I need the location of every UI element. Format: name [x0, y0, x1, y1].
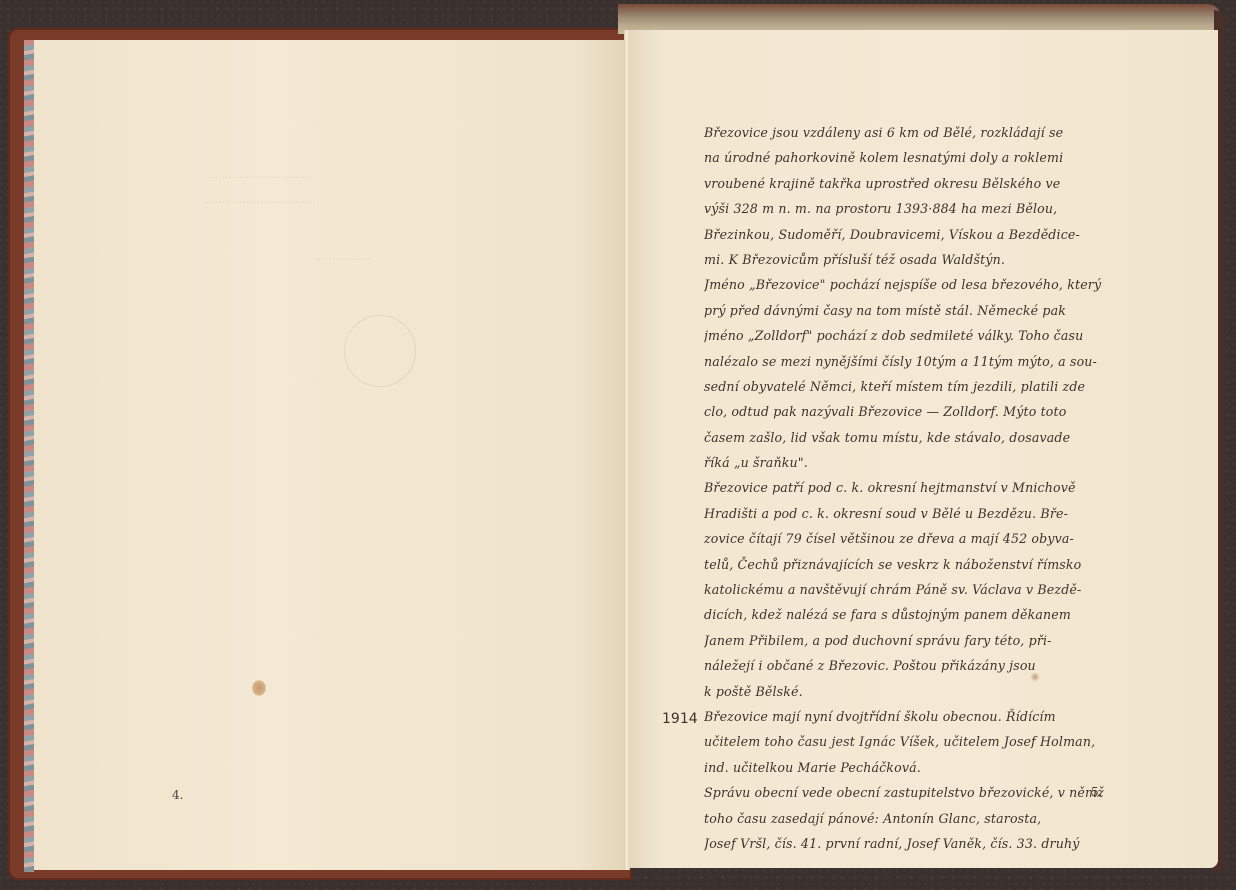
text-line: clo, odtud pak nazývali Březovice — Zoll… [704, 399, 1124, 424]
text-line: Josef Vršl, čís. 41. první radní, Josef … [704, 831, 1124, 856]
text-line: Březinkou, Sudoměří, Doubravicemi, Vísko… [704, 222, 1124, 247]
text-line: na úrodné pahorkovině kolem lesnatými do… [704, 145, 1124, 170]
left-page: ................................ .......… [34, 40, 626, 870]
text-line: mi. K Březovicům přísluší též osada Wald… [704, 247, 1124, 272]
text-line: vroubené krajině takřka uprostřed okresu… [704, 171, 1124, 196]
text-line: k poště Bělské. [704, 679, 1124, 704]
text-line: Hradišti a pod c. k. okresní soud v Bělé… [704, 501, 1124, 526]
text-line: Janem Přibilem, a pod duchovní správu fa… [704, 628, 1124, 653]
handwritten-text-block: Březovice jsou vzdáleny asi 6 km od Bělé… [704, 120, 1124, 856]
text-line: výši 328 m n. m. na prostoru 1393·884 ha… [704, 196, 1124, 221]
bleed-through-seal [344, 315, 416, 387]
margin-year-note: 1914 [662, 711, 698, 727]
text-line: Jméno „Březovice" pochází nejspíše od le… [704, 272, 1124, 297]
text-line: ind. učitelkou Marie Pecháčková. [704, 755, 1124, 780]
text-line: učitelem toho času jest Ignác Víšek, uči… [704, 729, 1124, 754]
text-line: časem zašlo, lid však tomu místu, kde st… [704, 425, 1124, 450]
text-line: katolickému a navštěvují chrám Páně sv. … [704, 577, 1124, 602]
text-line: prý před dávnými časy na tom místě stál.… [704, 298, 1124, 323]
text-line: říká „u šraňku". [704, 450, 1124, 475]
text-line: Správu obecní vede obecní zastupitelstvo… [704, 780, 1124, 805]
bleed-through-line: ................ [314, 250, 370, 263]
text-line: Březovice patří pod c. k. okresní hejtma… [704, 475, 1124, 500]
marbled-endpaper-edge [24, 40, 34, 872]
page-number-left: 4. [172, 788, 183, 802]
text-line: Březovice mají nyní dvojtřídní školu obe… [704, 704, 1124, 729]
text-line: sední obyvatelé Němci, kteří místem tím … [704, 374, 1124, 399]
text-line: jméno „Zolldorf" pochází z dob sedmileté… [704, 323, 1124, 348]
text-line: telů, Čechů přiznávajících se veskrz k n… [704, 552, 1124, 577]
text-line: nalézalo se mezi nynějšími čísly 10tým a… [704, 349, 1124, 374]
text-line: dicích, kdež nalézá se fara s důstojným … [704, 602, 1124, 627]
text-line: náležejí i občané z Březovic. Poštou při… [704, 653, 1124, 678]
bleed-through-line: ................................ [204, 168, 316, 181]
ink-stain [252, 680, 266, 696]
text-line: zovice čítají 79 čísel většinou ze dřeva… [704, 526, 1124, 551]
text-line: toho času zasedají pánové: Antonín Glanc… [704, 806, 1124, 831]
text-line: Březovice jsou vzdáleny asi 6 km od Bělé… [704, 120, 1124, 145]
bleed-through-line: ................................ [204, 193, 316, 206]
